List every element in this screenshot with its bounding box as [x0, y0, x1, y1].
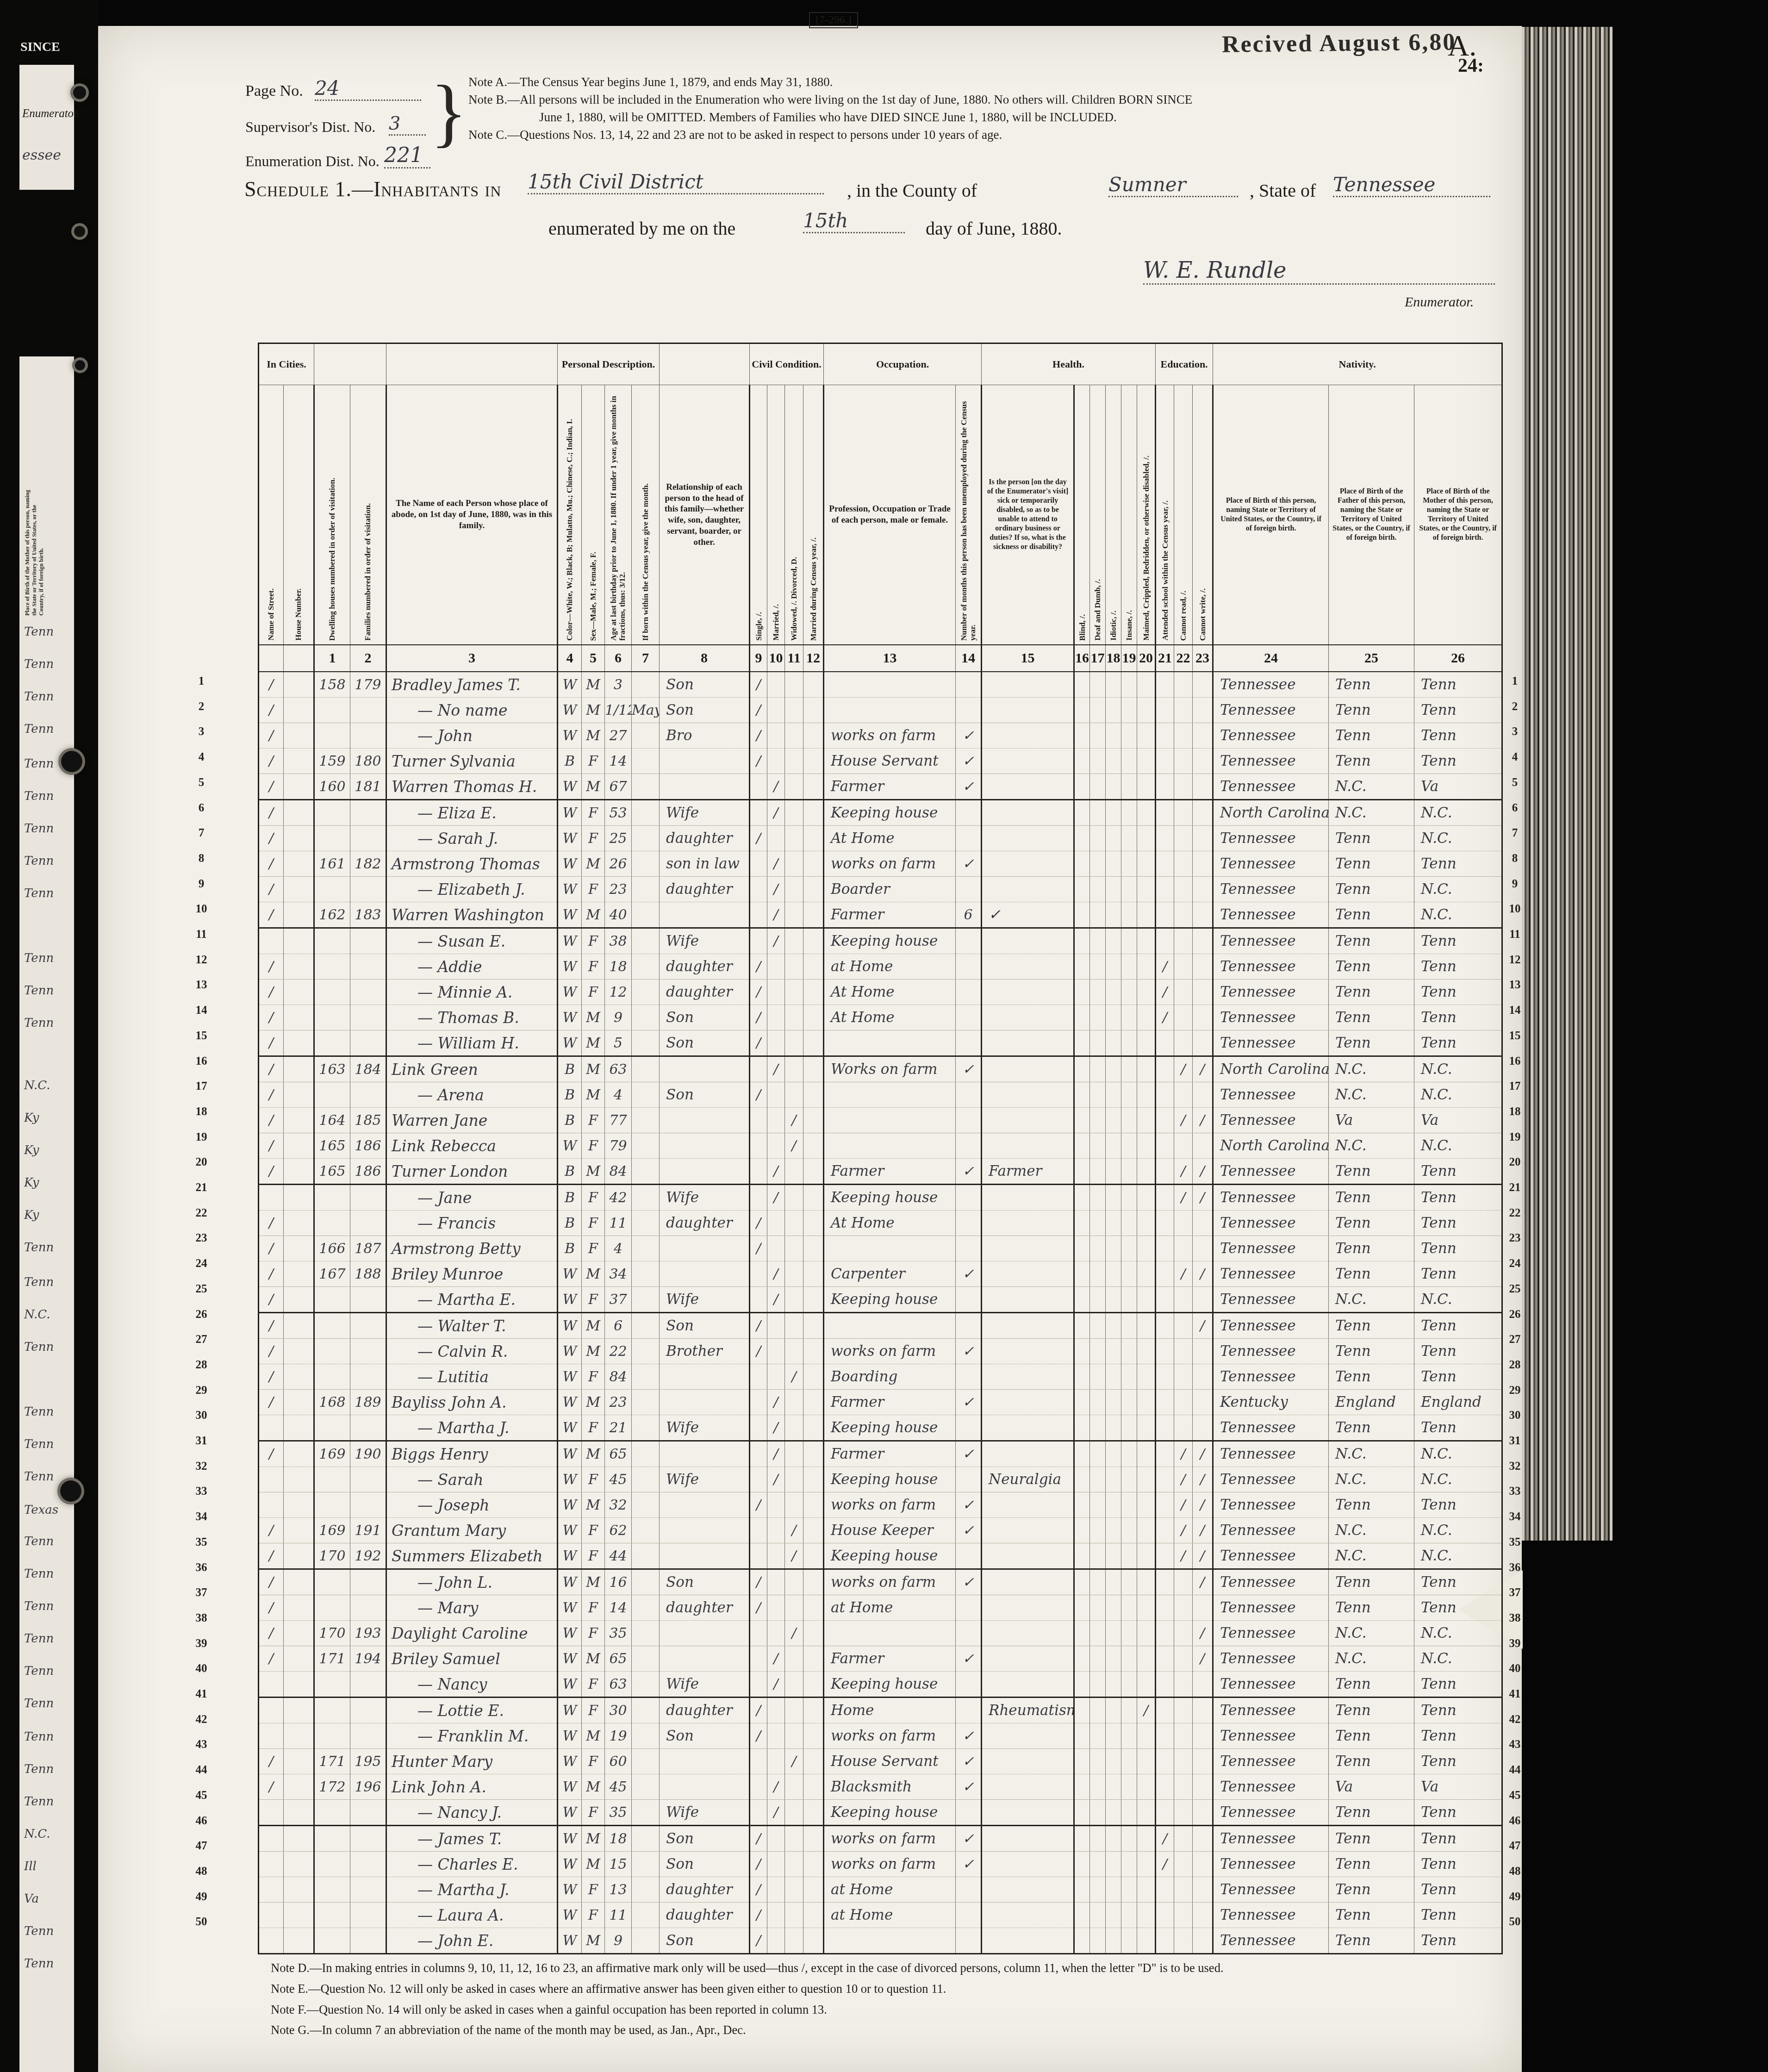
line-number: 20 — [1501, 1156, 1529, 1169]
cell-dwelling — [314, 1339, 350, 1364]
cell-widowed — [785, 1595, 803, 1621]
cell-birthplace: Tennessee — [1213, 672, 1329, 698]
cell-dwelling — [314, 1185, 350, 1211]
cell-married — [767, 1595, 785, 1621]
cell-occupation: Farmer — [824, 1390, 956, 1415]
cell-mother-birthplace: Tenn — [1414, 1672, 1502, 1698]
cell-family: 189 — [350, 1390, 386, 1415]
cell-street: / — [259, 1133, 284, 1159]
cell-insane — [1121, 980, 1137, 1005]
cell-sex: F — [582, 1518, 605, 1543]
cell-house — [284, 1441, 314, 1467]
cell-widowed — [785, 672, 803, 698]
cell-cannot-read — [1174, 1082, 1193, 1108]
cell-months-unemployed — [956, 1236, 982, 1261]
cell-birthplace: Tennessee — [1213, 774, 1329, 800]
cell-relationship: daughter — [660, 1698, 750, 1723]
cell-color: W — [558, 1826, 582, 1852]
cell-age: 45 — [605, 1774, 632, 1800]
cell-sex: M — [582, 672, 605, 698]
cell-father-birthplace: N.C. — [1329, 774, 1414, 800]
cell-family — [350, 1364, 386, 1390]
cell-birthplace: Tennessee — [1213, 1364, 1329, 1390]
cell-single — [750, 800, 767, 826]
cell-disabled — [1137, 1185, 1156, 1211]
cell-deaf-and-dumb — [1090, 1364, 1106, 1390]
cell-mother-birthplace: N.C. — [1414, 1441, 1502, 1467]
cell-married — [767, 698, 785, 723]
line-number: 49 — [187, 1891, 215, 1903]
cell-deaf-and-dumb — [1090, 928, 1106, 954]
cell-dwelling: 169 — [314, 1518, 350, 1543]
cell-age: 30 — [605, 1698, 632, 1723]
cell-birthplace: Tennessee — [1213, 851, 1329, 877]
cell-mother-birthplace: Tenn — [1414, 1569, 1502, 1595]
cell-mother-birthplace: Tenn — [1414, 1928, 1502, 1954]
cell-street: / — [259, 1159, 284, 1185]
cell-married: / — [767, 928, 785, 954]
cell-deaf-and-dumb — [1090, 1621, 1106, 1646]
cell-sex: F — [582, 800, 605, 826]
cell-idiotic — [1106, 1646, 1121, 1672]
cell-birthplace: Tennessee — [1213, 1928, 1329, 1954]
cell-birth-month — [632, 1159, 660, 1185]
cell-idiotic — [1106, 1415, 1121, 1441]
cell-relationship — [660, 1159, 750, 1185]
line-number: 10 — [187, 903, 215, 916]
cell-deaf-and-dumb — [1090, 1852, 1106, 1877]
cell-relationship: Wife — [660, 1467, 750, 1492]
cell-cannot-read: / — [1174, 1518, 1193, 1543]
cell-house — [284, 1723, 314, 1749]
table-row: /— JohnWM27Bro/works on farm ✓TennesseeT… — [259, 723, 1502, 749]
cell-mother-birthplace: Tenn — [1414, 1030, 1502, 1056]
cell-sickness — [982, 774, 1074, 800]
cell-name: Turner Sylvania — [386, 749, 558, 774]
cell-name: Warren Thomas H. — [386, 774, 558, 800]
cell-cannot-read: / — [1174, 1543, 1193, 1569]
table-row: /171194Briley SamuelWM65/Farmer ✓/Tennes… — [259, 1646, 1502, 1672]
line-number: 36 — [1501, 1561, 1529, 1574]
cell-family — [350, 1313, 386, 1339]
cell-idiotic — [1106, 1313, 1121, 1339]
column-number-deaf-and-dumb: 17 — [1090, 645, 1106, 672]
cell-sickness — [982, 1518, 1074, 1543]
cell-insane — [1121, 1441, 1137, 1467]
cell-birthplace: North Carolina — [1213, 1133, 1329, 1159]
cell-cannot-write — [1193, 1415, 1213, 1441]
cell-cannot-write — [1193, 928, 1213, 954]
cell-attended-school — [1156, 1415, 1174, 1441]
cell-married — [767, 1826, 785, 1852]
cell-birthplace: Tennessee — [1213, 1415, 1329, 1441]
cell-married-census-year — [803, 1133, 824, 1159]
cell-months-unemployed — [956, 1185, 982, 1211]
cell-blind — [1074, 1928, 1090, 1954]
cell-single — [750, 1287, 767, 1313]
cell-family — [350, 1672, 386, 1698]
cell-color: W — [558, 1543, 582, 1569]
cell-family — [350, 1492, 386, 1518]
cell-family — [350, 980, 386, 1005]
cell-blind — [1074, 1698, 1090, 1723]
cell-married — [767, 1082, 785, 1108]
cell-birth-month — [632, 723, 660, 749]
cell-mother-birthplace: Tenn — [1414, 749, 1502, 774]
cell-sickness — [982, 1056, 1074, 1082]
cell-family: 181 — [350, 774, 386, 800]
cell-attended-school — [1156, 1774, 1174, 1800]
cell-family — [350, 826, 386, 851]
cell-married-census-year — [803, 826, 824, 851]
cell-house — [284, 826, 314, 851]
cell-disabled — [1137, 1030, 1156, 1056]
column-number-relationship: 8 — [660, 645, 750, 672]
cell-house — [284, 698, 314, 723]
cell-occupation — [824, 1928, 956, 1954]
cell-attended-school — [1156, 1621, 1174, 1646]
cell-age: 11 — [605, 1903, 632, 1928]
table-row: — NancyWF63Wife/Keeping houseTennesseeTe… — [259, 1672, 1502, 1698]
cell-mother-birthplace: N.C. — [1414, 1082, 1502, 1108]
cell-attended-school: / — [1156, 1852, 1174, 1877]
cell-cannot-read — [1174, 1595, 1193, 1621]
cell-color: W — [558, 1723, 582, 1749]
line-number: 19 — [187, 1131, 215, 1144]
cell-birthplace: Tennessee — [1213, 902, 1329, 928]
cell-sickness — [982, 800, 1074, 826]
margin-birthplace-entry: Tenn — [24, 757, 80, 771]
cell-blind — [1074, 1826, 1090, 1852]
cell-family: 192 — [350, 1543, 386, 1569]
cell-widowed — [785, 1903, 803, 1928]
cell-mother-birthplace: Tenn — [1414, 1877, 1502, 1903]
cell-widowed — [785, 698, 803, 723]
cell-family — [350, 928, 386, 954]
cell-occupation — [824, 1313, 956, 1339]
cell-single — [750, 1621, 767, 1646]
cell-deaf-and-dumb — [1090, 1518, 1106, 1543]
cell-mother-birthplace: Tenn — [1414, 1185, 1502, 1211]
cell-relationship — [660, 1749, 750, 1774]
cell-idiotic — [1106, 1774, 1121, 1800]
cell-birthplace: Tennessee — [1213, 1313, 1329, 1339]
cell-married: / — [767, 877, 785, 902]
cell-months-unemployed — [956, 954, 982, 980]
cell-months-unemployed — [956, 1903, 982, 1928]
census-scan-page: { "stamps": { "form_number": "[7-296.]",… — [0, 0, 1768, 2072]
column-header-birth-month: If born within the Census year, give the… — [632, 385, 660, 645]
cell-mother-birthplace: Tenn — [1414, 1903, 1502, 1928]
cell-color: W — [558, 1492, 582, 1518]
cell-house — [284, 1108, 314, 1133]
cell-sickness — [982, 1826, 1074, 1852]
cell-idiotic — [1106, 774, 1121, 800]
cell-mother-birthplace: Tenn — [1414, 1236, 1502, 1261]
cell-age: 53 — [605, 800, 632, 826]
cell-birth-month — [632, 1082, 660, 1108]
line-number: 33 — [187, 1485, 215, 1498]
cell-single — [750, 1415, 767, 1441]
cell-sickness — [982, 1595, 1074, 1621]
cell-disabled — [1137, 1108, 1156, 1133]
cell-birthplace: Tennessee — [1213, 1595, 1329, 1621]
cell-cannot-write: / — [1193, 1261, 1213, 1287]
cell-cannot-write: / — [1193, 1441, 1213, 1467]
cell-occupation: House Servant — [824, 749, 956, 774]
cell-single — [750, 902, 767, 928]
cell-relationship: Son — [660, 672, 750, 698]
cell-birth-month — [632, 1030, 660, 1056]
cell-house — [284, 1211, 314, 1236]
group-header-education-: Education. — [1156, 343, 1213, 385]
cell-street — [259, 1723, 284, 1749]
cell-father-birthplace: Tenn — [1329, 1185, 1414, 1211]
cell-family: 194 — [350, 1646, 386, 1672]
cell-occupation: Farmer — [824, 774, 956, 800]
cell-attended-school — [1156, 1723, 1174, 1749]
cell-disabled — [1137, 1005, 1156, 1030]
table-row: /169190Biggs HenryWM65/Farmer ✓//Tenness… — [259, 1441, 1502, 1467]
cell-age: 65 — [605, 1646, 632, 1672]
cell-cannot-write — [1193, 954, 1213, 980]
cell-attended-school — [1156, 1030, 1174, 1056]
margin-birthplace-entry: Va — [24, 1892, 80, 1906]
cell-mother-birthplace: Va — [1414, 1774, 1502, 1800]
cell-single — [750, 1646, 767, 1672]
previous-page-sliver-top — [19, 65, 74, 190]
cell-sex: M — [582, 1005, 605, 1030]
cell-attended-school — [1156, 1082, 1174, 1108]
cell-occupation: works on farm — [824, 1723, 956, 1749]
column-number-color: 4 — [558, 645, 582, 672]
cell-birth-month — [632, 1646, 660, 1672]
cell-color: W — [558, 1852, 582, 1877]
cell-family — [350, 1211, 386, 1236]
cell-house — [284, 749, 314, 774]
column-header-cannot-read: Cannot read, /. — [1174, 385, 1193, 645]
cell-father-birthplace: Tenn — [1329, 1749, 1414, 1774]
cell-married-census-year — [803, 1236, 824, 1261]
cell-sex: M — [582, 1774, 605, 1800]
line-number: 18 — [187, 1105, 215, 1118]
table-row: /163184Link GreenBM63/Works on farm ✓//N… — [259, 1056, 1502, 1082]
cell-married: / — [767, 1672, 785, 1698]
line-number: 18 — [1501, 1105, 1529, 1118]
cell-married — [767, 1569, 785, 1595]
cell-dwelling: 172 — [314, 1774, 350, 1800]
cell-street — [259, 1467, 284, 1492]
cell-sickness — [982, 1774, 1074, 1800]
cell-insane — [1121, 1543, 1137, 1569]
table-row: — Martha J.WF21Wife/Keeping houseTenness… — [259, 1415, 1502, 1441]
table-row: — JaneBF42Wife/Keeping house//TennesseeT… — [259, 1185, 1502, 1211]
cell-dwelling — [314, 1492, 350, 1518]
cell-father-birthplace: Tenn — [1329, 1005, 1414, 1030]
line-number: 6 — [1501, 802, 1529, 815]
cell-married-census-year — [803, 1030, 824, 1056]
cell-months-unemployed — [956, 1415, 982, 1441]
cell-sickness — [982, 1543, 1074, 1569]
table-row: /— Eliza E.WF53Wife/Keeping houseNorth C… — [259, 800, 1502, 826]
column-number-street — [259, 645, 284, 672]
cell-relationship: Son — [660, 1852, 750, 1877]
cell-single — [750, 1800, 767, 1826]
line-number: 14 — [1501, 1004, 1529, 1017]
cell-cannot-write — [1193, 1774, 1213, 1800]
cell-blind — [1074, 1236, 1090, 1261]
cell-idiotic — [1106, 672, 1121, 698]
cell-attended-school — [1156, 1672, 1174, 1698]
cell-dwelling — [314, 698, 350, 723]
cell-insane — [1121, 1826, 1137, 1852]
cell-birthplace: Tennessee — [1213, 1108, 1329, 1133]
cell-widowed — [785, 980, 803, 1005]
cell-insane — [1121, 1569, 1137, 1595]
cell-months-unemployed: ✓ — [956, 1441, 982, 1467]
cell-birth-month — [632, 1749, 660, 1774]
cell-disabled — [1137, 1852, 1156, 1877]
column-header-deaf-and-dumb: Deaf and Dumb, /. — [1090, 385, 1106, 645]
cell-married-census-year — [803, 1646, 824, 1672]
cell-deaf-and-dumb — [1090, 1646, 1106, 1672]
cell-age: 1/12 — [605, 698, 632, 723]
column-number-cannot-write: 23 — [1193, 645, 1213, 672]
line-number: 22 — [187, 1207, 215, 1220]
cell-deaf-and-dumb — [1090, 877, 1106, 902]
cell-dwelling — [314, 1211, 350, 1236]
cell-name: Grantum Mary — [386, 1518, 558, 1543]
table-row: — Laura A.WF11daughter/at HomeTennesseeT… — [259, 1903, 1502, 1928]
cell-father-birthplace: Tenn — [1329, 1030, 1414, 1056]
cell-deaf-and-dumb — [1090, 1082, 1106, 1108]
cell-street — [259, 1185, 284, 1211]
cell-occupation — [824, 1133, 956, 1159]
cell-dwelling — [314, 1800, 350, 1826]
column-number-disabled: 20 — [1137, 645, 1156, 672]
cell-father-birthplace: Tenn — [1329, 954, 1414, 980]
column-header-relationship: Relationship of each person to the head … — [660, 385, 750, 645]
cell-dwelling: 163 — [314, 1056, 350, 1082]
cell-widowed — [785, 1646, 803, 1672]
cell-sex: F — [582, 954, 605, 980]
cell-birthplace: Tennessee — [1213, 1698, 1329, 1723]
cell-insane — [1121, 1261, 1137, 1287]
cell-deaf-and-dumb — [1090, 1441, 1106, 1467]
line-number: 27 — [187, 1333, 215, 1346]
cell-birthplace: Tennessee — [1213, 1621, 1329, 1646]
line-number: 40 — [1501, 1662, 1529, 1675]
cell-age: 35 — [605, 1621, 632, 1646]
cell-sex: M — [582, 723, 605, 749]
cell-cannot-read — [1174, 1723, 1193, 1749]
cell-married-census-year — [803, 928, 824, 954]
cell-father-birthplace: Tenn — [1329, 1852, 1414, 1877]
cell-age: 12 — [605, 980, 632, 1005]
cell-relationship: daughter — [660, 877, 750, 902]
cell-married-census-year — [803, 1672, 824, 1698]
cell-attended-school: / — [1156, 1005, 1174, 1030]
cell-age: 18 — [605, 954, 632, 980]
cell-single — [750, 774, 767, 800]
cell-deaf-and-dumb — [1090, 1390, 1106, 1415]
cell-birth-month — [632, 1005, 660, 1030]
table-row: /— ArenaBM4Son/TennesseeN.C.N.C. — [259, 1082, 1502, 1108]
cell-birth-month — [632, 1364, 660, 1390]
cell-name: Link John A. — [386, 1774, 558, 1800]
column-header-dwelling: Dwelling houses numbered in order of vis… — [314, 385, 350, 645]
cell-house — [284, 1467, 314, 1492]
binder-hole-icon — [75, 360, 85, 370]
margin-birthplace-entry: Tenn — [24, 657, 80, 671]
table-row: /— Sarah J.WF25daughter/At HomeTennessee… — [259, 826, 1502, 851]
cell-idiotic — [1106, 1005, 1121, 1030]
cell-occupation: Works on farm — [824, 1056, 956, 1082]
cell-sex: M — [582, 1826, 605, 1852]
cell-deaf-and-dumb — [1090, 954, 1106, 980]
cell-disabled — [1137, 902, 1156, 928]
line-number: 41 — [187, 1688, 215, 1701]
cell-months-unemployed: ✓ — [956, 1056, 982, 1082]
cell-married — [767, 980, 785, 1005]
cell-single: / — [750, 1903, 767, 1928]
cell-street: / — [259, 774, 284, 800]
table-row: /— Walter T.WM6Son//TennesseeTennTenn — [259, 1313, 1502, 1339]
cell-attended-school — [1156, 1698, 1174, 1723]
since-text: SINCE — [20, 40, 60, 55]
cell-disabled: / — [1137, 1698, 1156, 1723]
cell-family — [350, 1185, 386, 1211]
cell-cannot-read — [1174, 723, 1193, 749]
cell-house — [284, 1595, 314, 1621]
margin-birthplace-entry: Tenn — [24, 1762, 80, 1776]
table-row: — Franklin M.WM19Son/works on farm ✓Tenn… — [259, 1723, 1502, 1749]
column-header-months-unemployed: Number of months this person has been un… — [956, 385, 982, 645]
cell-blind — [1074, 1133, 1090, 1159]
cell-months-unemployed: ✓ — [956, 1492, 982, 1518]
cell-insane — [1121, 1211, 1137, 1236]
cell-idiotic — [1106, 928, 1121, 954]
cell-relationship: Bro — [660, 723, 750, 749]
group-header-in-cities-: In Cities. — [259, 343, 314, 385]
cell-sex: F — [582, 1185, 605, 1211]
cell-family — [350, 1569, 386, 1595]
cell-father-birthplace: Tenn — [1329, 723, 1414, 749]
cell-idiotic — [1106, 698, 1121, 723]
cell-months-unemployed: ✓ — [956, 1852, 982, 1877]
line-number: 38 — [1501, 1612, 1529, 1625]
cell-name: — Francis — [386, 1211, 558, 1236]
cell-birthplace: Tennessee — [1213, 1800, 1329, 1826]
cell-months-unemployed — [956, 1211, 982, 1236]
cell-sex: M — [582, 1056, 605, 1082]
cell-months-unemployed: ✓ — [956, 851, 982, 877]
column-header-birthplace: Place of Birth of this person, naming St… — [1213, 385, 1329, 645]
line-number: 48 — [1501, 1865, 1529, 1878]
cell-birth-month — [632, 1211, 660, 1236]
cell-sex: F — [582, 1133, 605, 1159]
line-number: 46 — [1501, 1815, 1529, 1828]
cell-married: / — [767, 1390, 785, 1415]
cell-cannot-read — [1174, 1313, 1193, 1339]
cell-deaf-and-dumb — [1090, 1133, 1106, 1159]
cell-married — [767, 1005, 785, 1030]
cell-married: / — [767, 1415, 785, 1441]
cell-dwelling — [314, 877, 350, 902]
cell-deaf-and-dumb — [1090, 826, 1106, 851]
table-row: /165186Link RebeccaWF79/North CarolinaN.… — [259, 1133, 1502, 1159]
group-header-personal-description-: Personal Description. — [558, 343, 660, 385]
